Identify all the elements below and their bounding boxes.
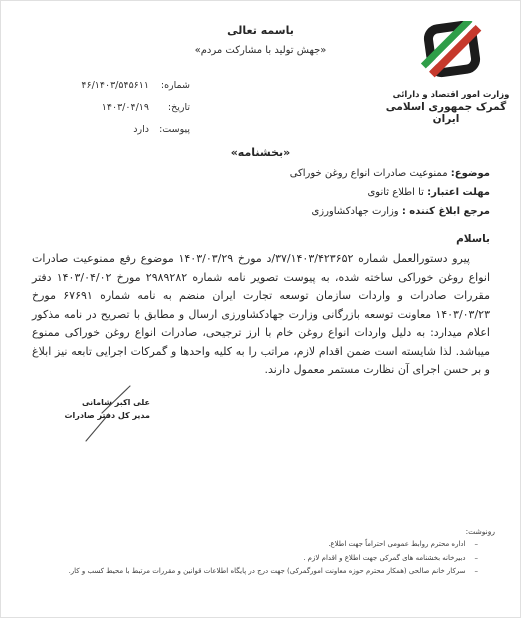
cc-label: رونوشت: xyxy=(20,527,495,536)
subject-row: موضوع: ممنوعیت صادرات انواع روغن خوراکی xyxy=(290,164,490,183)
issuer-row: مرجع ابلاغ کننده : وزارت جهادکشاورزی xyxy=(290,202,490,221)
dash-bullet-icon: – xyxy=(475,567,479,575)
subject-value: ممنوعیت صادرات انواع روغن خوراکی xyxy=(290,168,448,179)
date-label: تاریخ: xyxy=(168,102,190,113)
dash-bullet-icon: – xyxy=(475,540,479,548)
attachment-value: دارد xyxy=(133,124,149,135)
subject-label: موضوع: xyxy=(451,168,490,179)
cc-item-text: سرکار خانم صالحی (همکار محترم حوزه معاون… xyxy=(69,567,466,575)
cc-item-text: دبیرخانه بخشنامه های گمرکی جهت اطلاع و ا… xyxy=(303,554,465,562)
issuer-value: وزارت جهادکشاورزی xyxy=(311,206,398,217)
cc-item: – دبیرخانه بخشنامه های گمرکی جهت اطلاع و… xyxy=(20,554,478,562)
ref-number-label: شماره: xyxy=(161,80,190,91)
ref-number-value: ۴۶/۱۴۰۳/۵۴۵۶۱۱ xyxy=(81,80,149,91)
organization-name: گمرک جمهوری اسلامی ایران xyxy=(371,101,521,125)
cc-item: – سرکار خانم صالحی (همکار محترم حوزه معا… xyxy=(20,567,478,575)
cc-item-text: اداره محترم روابط عمومی احتراماً جهت اطل… xyxy=(328,540,465,548)
issuer-label: مرجع ابلاغ کننده : xyxy=(402,206,490,217)
customs-emblem-icon xyxy=(417,21,487,83)
salutation: باسلام xyxy=(456,233,490,245)
date-value: ۱۴۰۳/۰۴/۱۹ xyxy=(102,102,149,113)
handwritten-signature-icon xyxy=(74,383,136,445)
cc-item: – اداره محترم روابط عمومی احتراماً جهت ا… xyxy=(20,540,478,548)
body-paragraph: پیرو دستورالعمل شماره ۳۷/۱۴۰۳/۴۲۳۶۵۲/د م… xyxy=(32,250,490,380)
cc-list: – اداره محترم روابط عمومی احتراماً جهت ا… xyxy=(20,540,495,575)
validity-label: مهلت اعتبار: xyxy=(427,187,490,198)
header-fields: موضوع: ممنوعیت صادرات انواع روغن خوراکی … xyxy=(290,164,490,221)
circular-letter-page: باسمه تعالی «جهش تولید با مشارکت مردم» و… xyxy=(0,0,521,618)
dash-bullet-icon: – xyxy=(475,554,479,562)
attachment-label: پیوست: xyxy=(159,124,190,135)
validity-value: تا اطلاع ثانوی xyxy=(367,187,423,198)
cc-section: رونوشت: – اداره محترم روابط عمومی احترام… xyxy=(20,527,495,575)
ministry-name: وزارت امور اقتصاد و دارائی xyxy=(381,90,521,100)
validity-row: مهلت اعتبار: تا اطلاع ثانوی xyxy=(290,183,490,202)
document-title: «بخشنامه» xyxy=(0,146,521,159)
